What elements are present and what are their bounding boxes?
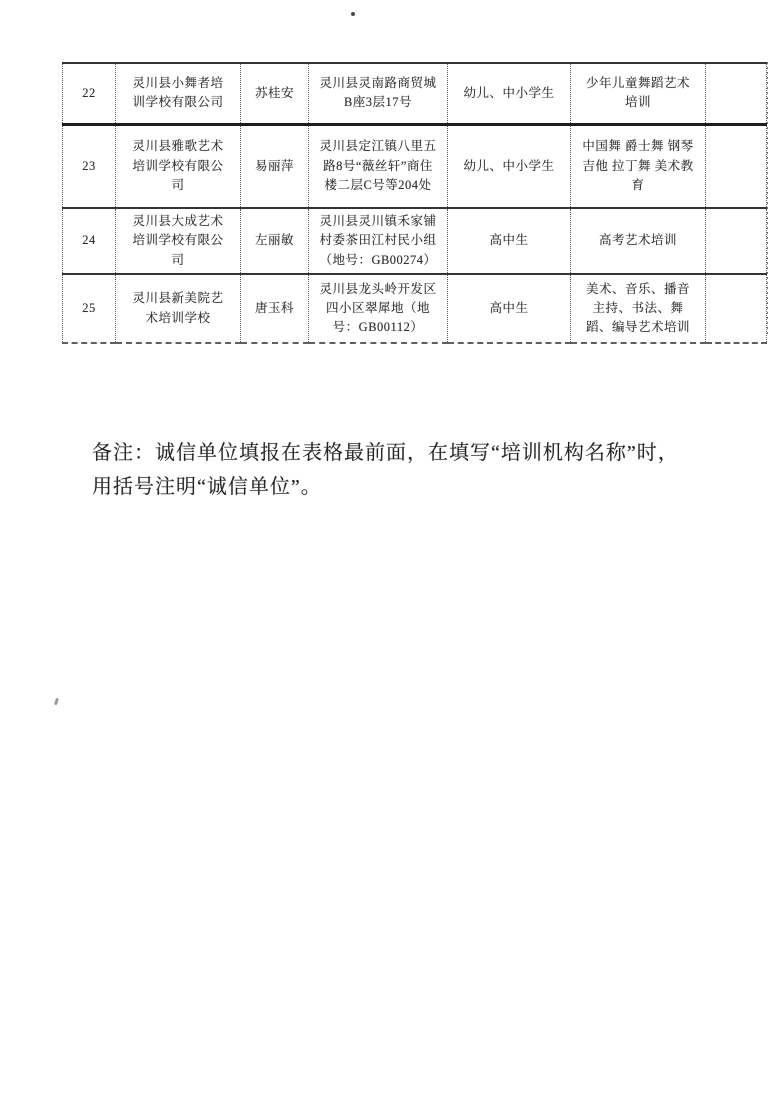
table-row: 23 灵川县雅歌艺术培训学校有限公司 易丽萍 灵川县定江镇八里五路8号“薇丝轩”…: [63, 124, 767, 208]
scan-artifact-mark: [54, 698, 59, 706]
table-row: 24 灵川县大成艺术培训学校有限公司 左丽敏 灵川县灵川镇禾家铺村委茶田江村民小…: [63, 208, 767, 274]
cell-training-content: 少年儿童舞蹈艺术培训: [571, 63, 706, 124]
remark-note-line1: 备注：诚信单位填报在表格最前面，在填写“培训机构名称”时，: [92, 436, 714, 470]
cell-institution-name: 灵川县雅歌艺术培训学校有限公司: [116, 124, 241, 208]
table-row: 22 灵川县小舞者培训学校有限公司 苏桂安 灵川县灵南路商贸城B座3层17号 幼…: [63, 63, 767, 124]
cell-training-target: 幼儿、中小学生: [448, 63, 571, 124]
remark-note-line2: 用括号注明“诚信单位”。: [92, 470, 714, 504]
cell-legal-representative: 唐玉科: [241, 274, 309, 343]
scan-edge-line: [767, 62, 768, 336]
cell-training-content: 中国舞 爵士舞 钢琴 吉他 拉丁舞 美术教育: [571, 124, 706, 208]
cell-serial-number: 24: [63, 208, 116, 274]
cell-serial-number: 23: [63, 124, 116, 208]
table-body: 22 灵川县小舞者培训学校有限公司 苏桂安 灵川县灵南路商贸城B座3层17号 幼…: [63, 63, 767, 343]
cell-legal-representative: 易丽萍: [241, 124, 309, 208]
cell-remark: [706, 208, 767, 274]
cell-training-content: 高考艺术培训: [571, 208, 706, 274]
cell-address: 灵川县灵川镇禾家铺村委茶田江村民小组（地号：GB00274）: [309, 208, 448, 274]
cell-training-target: 高中生: [448, 274, 571, 343]
scanned-document-page: 22 灵川县小舞者培训学校有限公司 苏桂安 灵川县灵南路商贸城B座3层17号 幼…: [0, 0, 771, 1099]
cell-remark: [706, 124, 767, 208]
cell-training-content: 美术、音乐、播音主持、书法、舞蹈、编导艺术培训: [571, 274, 706, 343]
cell-institution-name: 灵川县小舞者培训学校有限公司: [116, 63, 241, 124]
cell-address: 灵川县灵南路商贸城B座3层17号: [309, 63, 448, 124]
table-row: 25 灵川县新美院艺术培训学校 唐玉科 灵川县龙头岭开发区四小区翠犀地（地号：G…: [63, 274, 767, 343]
cell-address: 灵川县龙头岭开发区四小区翠犀地（地号：GB00112）: [309, 274, 448, 343]
cell-remark: [706, 63, 767, 124]
cell-legal-representative: 左丽敏: [241, 208, 309, 274]
training-institutions-table: 22 灵川县小舞者培训学校有限公司 苏桂安 灵川县灵南路商贸城B座3层17号 幼…: [62, 62, 767, 344]
cell-remark: [706, 274, 767, 343]
cell-institution-name: 灵川县新美院艺术培训学校: [116, 274, 241, 343]
cell-legal-representative: 苏桂安: [241, 63, 309, 124]
cell-institution-name: 灵川县大成艺术培训学校有限公司: [116, 208, 241, 274]
scan-artifact-dot: [351, 12, 355, 16]
cell-training-target: 高中生: [448, 208, 571, 274]
cell-serial-number: 25: [63, 274, 116, 343]
cell-serial-number: 22: [63, 63, 116, 124]
remark-note: 备注：诚信单位填报在表格最前面，在填写“培训机构名称”时， 用括号注明“诚信单位…: [92, 436, 714, 504]
cell-address: 灵川县定江镇八里五路8号“薇丝轩”商住楼二层C号等204处: [309, 124, 448, 208]
cell-training-target: 幼儿、中小学生: [448, 124, 571, 208]
